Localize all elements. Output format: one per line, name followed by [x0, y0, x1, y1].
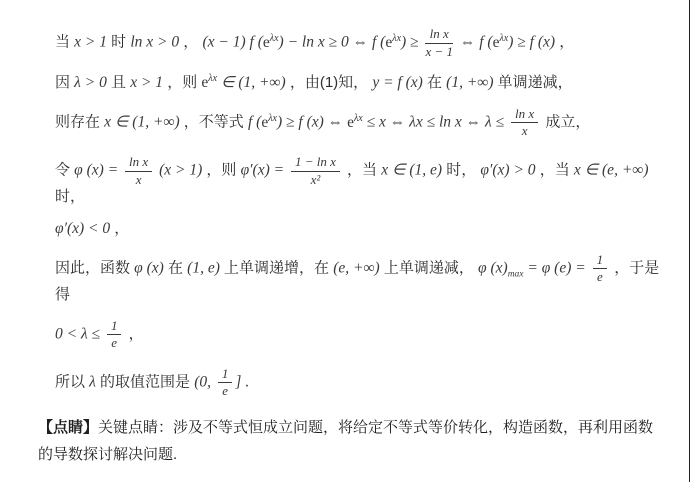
solution-line: 0 < λ ≤ 1e ， — [55, 318, 666, 352]
fraction-denominator: e — [218, 383, 233, 399]
chinese-text: ，不等式 — [180, 114, 248, 131]
exponential-term: eλx — [493, 34, 509, 51]
subscript-text: max — [508, 269, 524, 279]
solution-line: 因 λ > 0 且 x > 1 ，则 eλx ∈ (1, +∞) ，由(1)知，… — [55, 74, 666, 92]
solution-line: 则存在 x ∈ (1, +∞) ，不等式 f (eλx) ≥ f (x) ⇔ e… — [55, 106, 666, 140]
chinese-text: 时， — [442, 162, 480, 179]
chinese-text: 则存在 — [55, 114, 104, 131]
fraction-denominator: x — [511, 123, 538, 139]
chinese-text: ，则 — [202, 162, 240, 179]
exp-base: e — [347, 114, 354, 131]
fraction-denominator: x² — [291, 172, 340, 188]
solution-line: 所以 λ 的取值范围是 (0, 1e] . — [55, 366, 666, 400]
chinese-text: 在 — [423, 74, 446, 91]
exp-superscript: λx — [268, 112, 277, 123]
chinese-text: 成立， — [541, 114, 590, 131]
summary-paragraph: 【点睛】关键点睛：涉及不等式恒成立问题，将给定不等式等价转化，构造函数，再利用函… — [38, 414, 666, 468]
fraction: ln xx − 1 — [425, 27, 453, 59]
solution-line: 因此，函数 φ (x) 在 (1, e) 上单调递增，在 (e, +∞) 上单调… — [55, 252, 666, 304]
math-text: ] . — [235, 373, 249, 390]
chinese-text: 的取值范围是 — [96, 373, 194, 390]
exponential-term: eλx — [261, 114, 277, 131]
math-text: ) − ln x ≥ 0 ⇔ f ( — [279, 34, 386, 51]
solution-line: 当 x > 1 时 ln x > 0 ， (x − 1) f (eλx) − l… — [55, 26, 666, 60]
math-text: (x − 1) f ( — [202, 34, 262, 51]
fraction: 1e — [593, 253, 608, 285]
fraction-denominator: e — [107, 335, 122, 351]
math-text: ln x > 0 — [130, 34, 179, 51]
math-text: x ∈ (1, e) — [381, 162, 442, 179]
chinese-text: 因 — [55, 74, 74, 91]
math-text: φ (x) — [134, 259, 164, 276]
chinese-text: 单调递减， — [494, 74, 573, 91]
math-text: x ∈ (1, +∞) — [104, 114, 179, 131]
chinese-text: 令 — [55, 162, 74, 179]
chinese-text: ，由(1)知， — [286, 74, 373, 91]
solution-lines: 当 x > 1 时 ln x > 0 ， (x − 1) f (eλx) − l… — [38, 26, 666, 400]
exponential-term: eλx — [385, 34, 401, 51]
exponential-term: eλx — [263, 34, 279, 51]
math-text: (0, — [194, 373, 215, 390]
summary-text: 关键点睛：涉及不等式恒成立问题，将给定不等式等价转化，构造函数，再利用函数的导数… — [38, 419, 653, 463]
chinese-text: ， — [110, 220, 129, 237]
chinese-text: ，则 — [163, 74, 201, 91]
chinese-text: ， — [179, 34, 202, 51]
chinese-text: ，当 — [536, 162, 574, 179]
chinese-text: ， — [555, 34, 574, 51]
chinese-text: 在 — [164, 259, 187, 276]
math-text: x > 1 — [74, 34, 107, 51]
chinese-text: 且 — [107, 74, 130, 91]
chinese-text: 时， — [55, 188, 85, 205]
math-text: φ (x) — [478, 259, 508, 276]
math-text: (1, e) — [187, 259, 220, 276]
math-text: x ∈ (e, +∞) — [574, 162, 649, 179]
chinese-text: 当 — [55, 34, 74, 51]
math-text: λ — [89, 373, 96, 390]
fraction-numerator: 1 — [107, 319, 122, 336]
fraction-numerator: ln x — [425, 27, 453, 44]
math-text: (x > 1) — [155, 162, 202, 179]
chinese-text: 上单调递增，在 — [220, 259, 333, 276]
chinese-text: 所以 — [55, 373, 89, 390]
math-text: = φ (e) = — [524, 259, 590, 276]
fraction: ln xx — [125, 155, 152, 187]
math-text: ∈ (1, +∞) — [217, 74, 286, 91]
fraction: ln xx — [511, 107, 538, 139]
math-text: φ′(x) > 0 — [480, 162, 535, 179]
page-right-border — [689, 0, 690, 482]
document-page: 当 x > 1 时 ln x > 0 ， (x − 1) f (eλx) − l… — [0, 0, 692, 482]
math-text: φ′(x) = — [241, 162, 288, 179]
chinese-text: ，当 — [343, 162, 381, 179]
math-text: λ > 0 — [74, 74, 107, 91]
math-text: y = f (x) — [372, 74, 422, 91]
math-text: ) ≥ — [401, 34, 422, 51]
chinese-text: 上单调递减， — [380, 259, 478, 276]
exponential-term: eλx — [201, 74, 217, 91]
math-text: (e, +∞) — [333, 259, 379, 276]
fraction-denominator: x — [125, 172, 152, 188]
solution-line: φ′(x) < 0 ， — [55, 220, 666, 238]
exp-base: e — [263, 34, 270, 51]
fraction: 1e — [107, 319, 122, 351]
chinese-text: 因此，函数 — [55, 259, 134, 276]
chinese-text: 时 — [107, 34, 130, 51]
math-text: φ′(x) < 0 — [55, 220, 110, 237]
fraction: 1 − ln xx² — [291, 155, 340, 187]
fraction-numerator: 1 − ln x — [291, 155, 340, 172]
math-text: φ (x) = — [74, 162, 122, 179]
exp-superscript: λx — [208, 73, 217, 84]
math-text: (1, +∞) — [446, 74, 493, 91]
math-text: x > 1 — [130, 74, 163, 91]
fraction: 1e — [218, 367, 233, 399]
fraction-denominator: e — [593, 269, 608, 285]
fraction-numerator: 1 — [593, 253, 608, 270]
math-text: ) ≥ f (x) — [508, 34, 555, 51]
fraction-numerator: ln x — [125, 155, 152, 172]
math-text: ⇔ f ( — [456, 34, 493, 51]
solution-line: 令 φ (x) = ln xx (x > 1) ，则 φ′(x) = 1 − l… — [55, 154, 666, 206]
math-text: ≤ x ⇔ λx ≤ ln x ⇔ λ ≤ — [363, 114, 508, 131]
chinese-text: ， — [124, 325, 143, 342]
fraction-numerator: 1 — [218, 367, 233, 384]
exp-superscript: λx — [354, 112, 363, 123]
fraction-numerator: ln x — [511, 107, 538, 124]
exp-superscript: λx — [499, 32, 508, 43]
exponential-term: eλx — [347, 114, 363, 131]
math-text: 0 < λ ≤ — [55, 325, 104, 342]
math-text: ) ≥ f (x) ⇔ — [277, 114, 347, 131]
fraction-denominator: x − 1 — [425, 44, 453, 60]
exp-superscript: λx — [270, 32, 279, 43]
math-text: f ( — [248, 114, 261, 131]
exp-superscript: λx — [392, 32, 401, 43]
summary-tag: 【点睛】 — [38, 419, 98, 436]
